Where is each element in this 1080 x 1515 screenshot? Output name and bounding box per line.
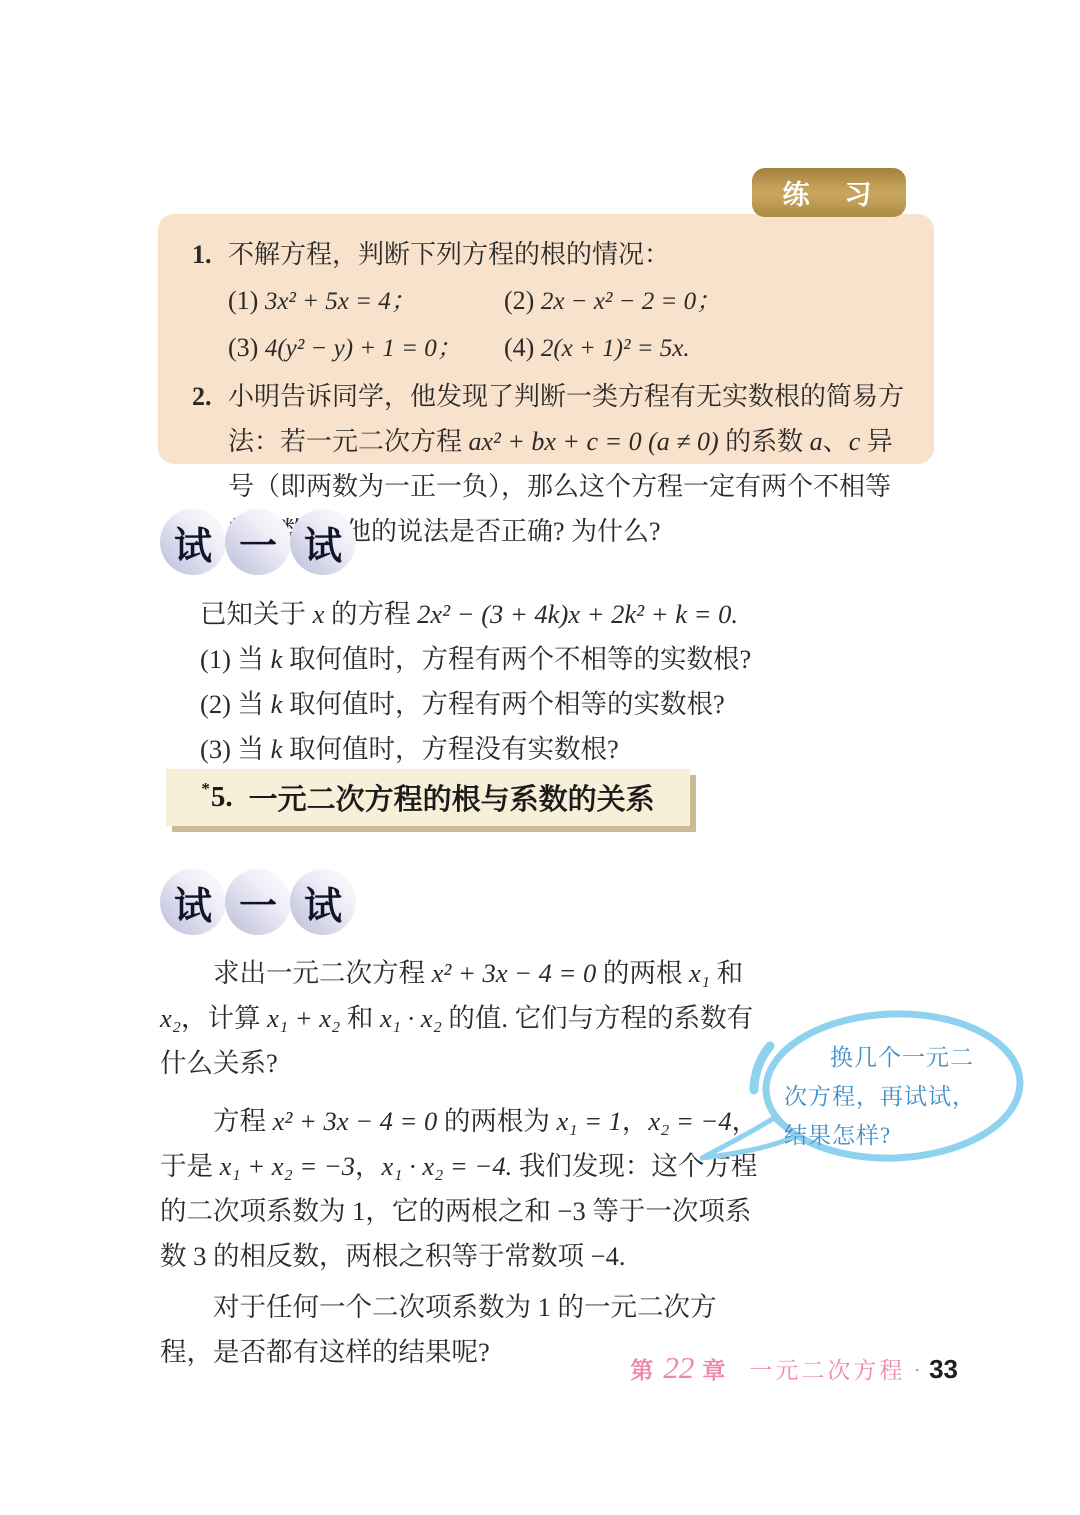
try-it-badge-2: 试 一 试	[160, 869, 355, 935]
problem-1-number: 1.	[192, 232, 228, 277]
problem-2-number: 2.	[192, 374, 228, 419]
equation-3-label: (3)	[228, 333, 265, 362]
page-footer: 第 22 章 一元二次方程 · 33	[630, 1350, 958, 1386]
try-1-q3: (3) 当 k 取何值时，方程没有实数根?	[200, 727, 840, 772]
paragraph-roots-question: 求出一元二次方程 x² + 3x − 4 = 0 的两根 x₁ 和 x₂，计算 …	[160, 951, 764, 1086]
practice-tab: 练 习	[752, 168, 906, 217]
equation-1-label: (1)	[228, 286, 265, 315]
chapter-suffix: 章	[702, 1352, 727, 1385]
badge-circle: 试	[160, 509, 226, 575]
page-number: 33	[929, 1354, 958, 1385]
problem-1-prompt: 不解方程，判断下列方程的根的情况：	[228, 232, 904, 277]
try-1-text: 已知关于 x 的方程 2x² − (3 + 4k)x + 2k² + k = 0…	[200, 592, 840, 772]
footer-separator-dot: ·	[913, 1358, 921, 1384]
optional-star: *	[201, 779, 210, 799]
practice-box: 1. 不解方程，判断下列方程的根的情况： (1) 3x² + 5x = 4； (…	[158, 214, 934, 464]
problem-1-items: (1) 3x² + 5x = 4； (2) 2x − x² − 2 = 0； (…	[228, 278, 904, 372]
equation-item-4: (4) 2(x + 1)² = 5x.	[504, 325, 904, 372]
speech-bubble: 换几个一元二次方程，再试试，结果怎样?	[700, 1000, 1030, 1188]
badge-circle: 试	[290, 869, 356, 935]
equation-4-math: 2(x + 1)² = 5x.	[541, 335, 690, 362]
chapter-prefix: 第	[630, 1352, 655, 1385]
equation-4-label: (4)	[504, 333, 541, 362]
equation-1-math: 3x² + 5x = 4；	[265, 288, 416, 315]
badge-circle: 试	[160, 869, 226, 935]
textbook-page: 练 习 1. 不解方程，判断下列方程的根的情况： (1) 3x² + 5x = …	[0, 0, 1080, 1515]
equation-item-2: (2) 2x − x² − 2 = 0；	[504, 278, 904, 325]
paragraph-roots-finding: 方程 x² + 3x − 4 = 0 的两根为 x₁ = 1，x₂ = −4，于…	[160, 1099, 764, 1279]
chapter-number: 22	[663, 1350, 694, 1386]
equation-2-label: (2)	[504, 286, 541, 315]
chapter-title: 一元二次方程	[749, 1352, 905, 1385]
section-title: 一元二次方程的根与系数的关系	[249, 777, 655, 818]
problem-1: 1. 不解方程，判断下列方程的根的情况：	[192, 232, 904, 277]
equation-3-math: 4(y² − y) + 1 = 0；	[265, 335, 462, 362]
main-text: 求出一元二次方程 x² + 3x − 4 = 0 的两根 x₁ 和 x₂，计算 …	[160, 951, 764, 1375]
section-number: 5.	[211, 781, 233, 814]
equation-2-math: 2x − x² − 2 = 0；	[541, 288, 721, 315]
badge-circle: 一	[225, 509, 291, 575]
equation-item-3: (3) 4(y² − y) + 1 = 0；	[228, 325, 504, 372]
try-1-intro: 已知关于 x 的方程 2x² − (3 + 4k)x + 2k² + k = 0…	[200, 592, 840, 637]
try-it-badge-1: 试 一 试	[160, 509, 355, 575]
speech-bubble-text: 换几个一元二次方程，再试试，结果怎样?	[784, 1038, 994, 1155]
equation-item-1: (1) 3x² + 5x = 4；	[228, 278, 504, 325]
badge-circle: 一	[225, 869, 291, 935]
try-1-q2: (2) 当 k 取何值时，方程有两个相等的实数根?	[200, 682, 840, 727]
badge-circle: 试	[290, 509, 356, 575]
section-5-header: * 5. 一元二次方程的根与系数的关系	[166, 769, 690, 826]
try-1-q1: (1) 当 k 取何值时，方程有两个不相等的实数根?	[200, 637, 840, 682]
